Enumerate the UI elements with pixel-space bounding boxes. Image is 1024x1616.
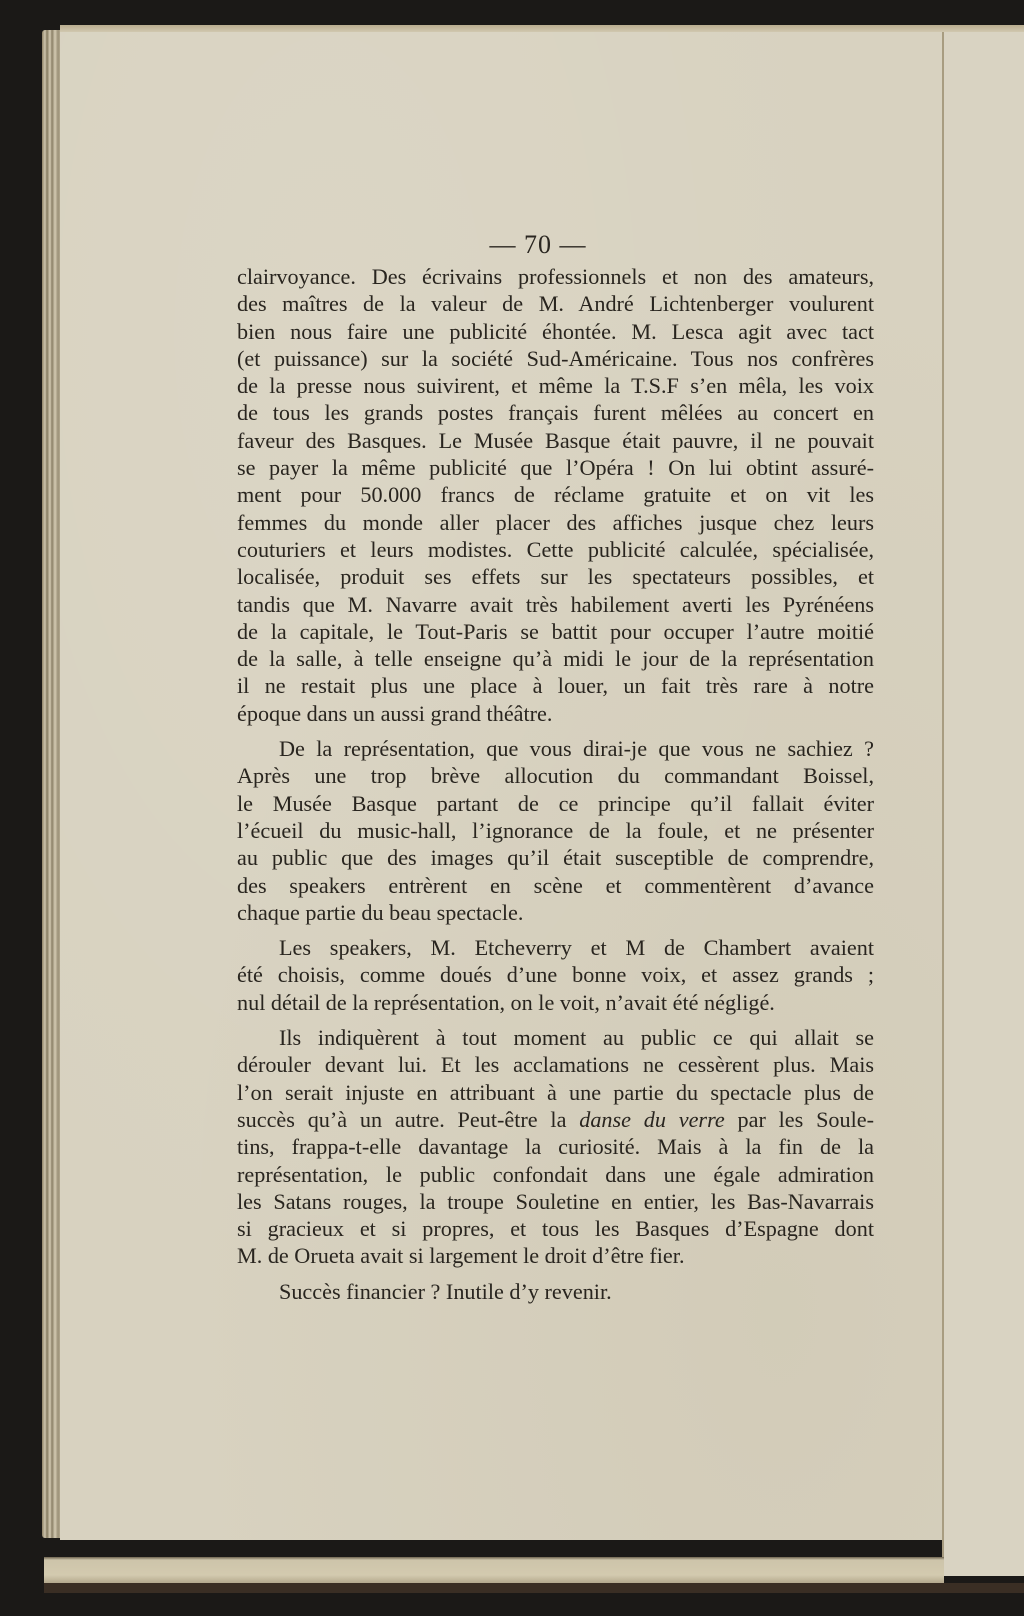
text-line: chaque partie du beau spectacle. <box>237 899 874 926</box>
text-line: de tous les grands postes français furen… <box>237 399 874 426</box>
text-line: localisée, produit ses effets sur les sp… <box>237 563 874 590</box>
text-line: été choisis, comme doués d’une bonne voi… <box>237 961 874 988</box>
text-line: De la représentation, que vous dirai-je … <box>237 735 874 762</box>
paragraph: clairvoyance. Des écrivains professionne… <box>237 263 874 727</box>
text-line: Succès financier ? Inutile d’y revenir. <box>237 1278 874 1305</box>
text-line: des maîtres de la valeur de M. André Lic… <box>237 290 874 317</box>
paragraph: Les speakers, M. Etcheverry et M de Cham… <box>237 934 874 1016</box>
right-page <box>944 32 1024 1576</box>
paragraph-gap <box>237 926 874 934</box>
paragraph: Ils indiquèrent à tout moment au public … <box>237 1024 874 1270</box>
text-line: M. de Orueta avait si largement le droit… <box>237 1242 874 1269</box>
text-line: le Musée Basque partant de ce principe q… <box>237 790 874 817</box>
text-line: de la presse nous suivirent, et même la … <box>237 372 874 399</box>
text-line: il ne restait plus une place à louer, un… <box>237 672 874 699</box>
page-bottom-fold <box>44 1557 944 1583</box>
text-line: tandis que M. Navarre avait très habilem… <box>237 591 874 618</box>
text-line: représentation, le public confondait dan… <box>237 1161 874 1188</box>
text-line: dérouler devant lui. Et les acclamations… <box>237 1051 874 1078</box>
text-line: ment pour 50.000 francs de réclame gratu… <box>237 481 874 508</box>
text-line: Ils indiquèrent à tout moment au public … <box>237 1024 874 1051</box>
text-line: femmes du monde aller placer des affiche… <box>237 509 874 536</box>
text-line: au public que des images qu’il était sus… <box>237 844 874 871</box>
page-bottom-shadow <box>44 1583 1024 1593</box>
text-line: bien nous faire une publicité éhontée. M… <box>237 318 874 345</box>
text-line: (et puissance) sur la société Sud-Améric… <box>237 345 874 372</box>
paragraph-gap <box>237 1270 874 1278</box>
italic-text: danse du verre <box>579 1107 725 1132</box>
paragraph-gap <box>237 1016 874 1024</box>
text-line: tins, frappa-t-elle davantage la curiosi… <box>237 1133 874 1160</box>
page-number: — 70 — <box>478 230 598 260</box>
text-line: Après une trop brève allocution du comma… <box>237 762 874 789</box>
text-line: se payer la même publicité que l’Opéra !… <box>237 454 874 481</box>
text-line: l’écueil du music-hall, l’ignorance de l… <box>237 817 874 844</box>
paragraph-gap <box>237 727 874 735</box>
text-line: de la salle, à telle enseigne qu’à midi … <box>237 645 874 672</box>
text-line: des speakers entrèrent en scène et comme… <box>237 872 874 899</box>
text-line: faveur des Basques. Le Musée Basque étai… <box>237 427 874 454</box>
text-line: de la capitale, le Tout-Paris se battit … <box>237 618 874 645</box>
text-line: nul détail de la représentation, on le v… <box>237 989 874 1016</box>
text-line: l’on serait injuste en attribuant à une … <box>237 1079 874 1106</box>
paragraph: De la représentation, que vous dirai-je … <box>237 735 874 926</box>
text-line: succès qu’à un autre. Peut-être la danse… <box>237 1106 874 1133</box>
book-gutter <box>942 32 944 1568</box>
text-line: couturiers et leurs modistes. Cette publ… <box>237 536 874 563</box>
text-line: Les speakers, M. Etcheverry et M de Cham… <box>237 934 874 961</box>
paragraph: Succès financier ? Inutile d’y revenir. <box>237 1278 874 1305</box>
text-line: clairvoyance. Des écrivains professionne… <box>237 263 874 290</box>
text-line: si gracieux et si propres, et tous les B… <box>237 1215 874 1242</box>
text-line: les Satans rouges, la troupe Souletine e… <box>237 1188 874 1215</box>
page-stack-edges <box>42 30 62 1538</box>
body-text: clairvoyance. Des écrivains professionne… <box>237 263 874 1305</box>
text-line: époque dans un aussi grand théâtre. <box>237 700 874 727</box>
